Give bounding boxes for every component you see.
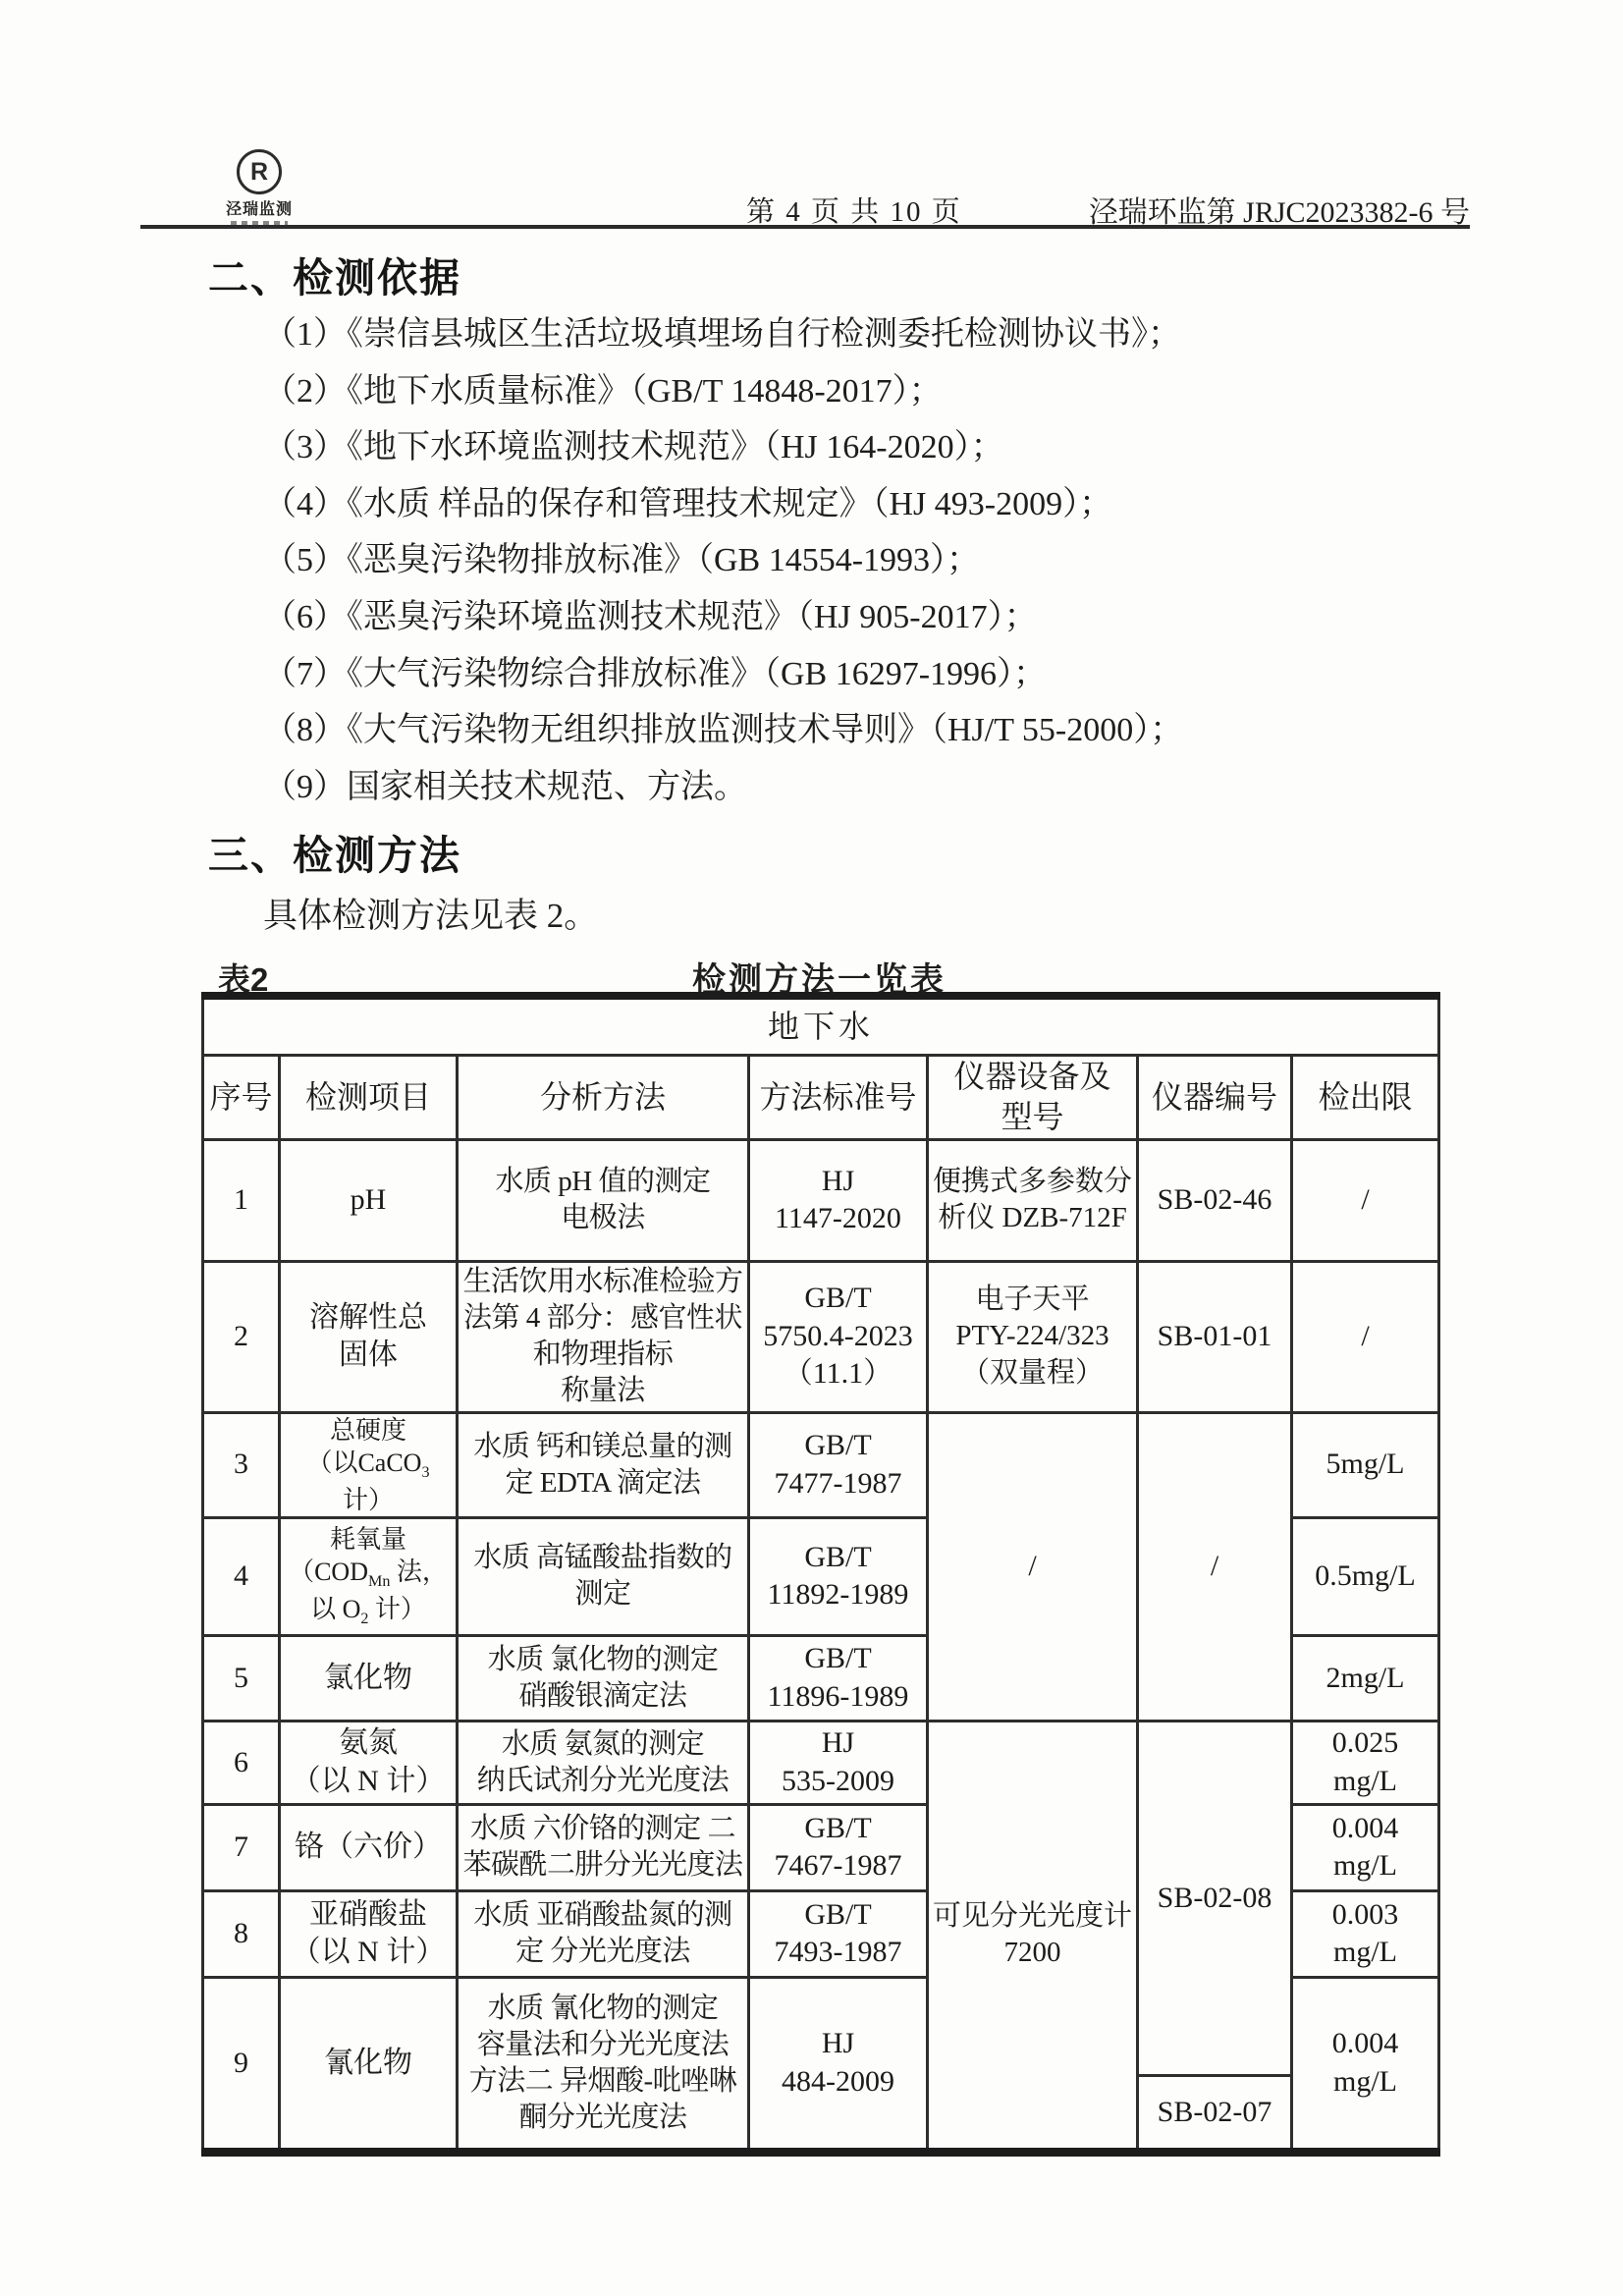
cell-method: 水质 亚硝酸盐氮的测 定 分光光度法 <box>458 1890 749 1977</box>
reference-list: （1）《崇信县城区生活垃圾填埋场自行检测委托检测协议书》； （2）《地下水质量标… <box>263 306 1183 815</box>
page-number: 第 4 页 共 10 页 <box>746 190 962 230</box>
cell-item: 铬（六价） <box>280 1804 458 1890</box>
column-header-standard: 方法标准号 <box>749 1055 928 1139</box>
reference-item: （8）《大气污染物无组织排放监测技术导则》（HJ/T 55-2000）； <box>263 702 1183 759</box>
cell-seq: 4 <box>203 1517 280 1635</box>
reference-item: （5）《恶臭污染物排放标准》（GB 14554-1993）； <box>263 532 1183 589</box>
reference-item: （2）《地下水质量标准》（GB/T 14848-2017）； <box>263 363 1183 420</box>
cell-seq: 1 <box>203 1139 280 1261</box>
cell-instrument-no-merged: / <box>1138 1412 1292 1721</box>
cell-seq: 9 <box>203 1977 280 2152</box>
cell-limit: 0.004 mg/L <box>1292 1977 1439 2152</box>
cell-limit: 0.025 mg/L <box>1292 1721 1439 1804</box>
cell-instrument-no: SB-02-07 <box>1138 2075 1292 2152</box>
column-header-seq: 序号 <box>203 1055 280 1139</box>
reference-item: （6）《恶臭污染环境监测技术规范》（HJ 905-2017）； <box>263 589 1183 646</box>
cell-item: 亚硝酸盐 （以 N 计） <box>280 1890 458 1977</box>
cell-item: 氨氮 （以 N 计） <box>280 1721 458 1804</box>
cell-instrument-no: SB-02-46 <box>1138 1139 1292 1261</box>
cell-instrument-merged: 可见分光光度计 7200 <box>928 1721 1138 2152</box>
cell-method: 生活饮用水标准检验方 法第 4 部分：感官性状 和物理指标 称量法 <box>458 1261 749 1412</box>
cell-seq: 5 <box>203 1635 280 1721</box>
column-header-item: 检测项目 <box>280 1055 458 1139</box>
cell-seq: 7 <box>203 1804 280 1890</box>
cell-item: 溶解性总 固体 <box>280 1261 458 1412</box>
cell-standard: GB/T 7477-1987 <box>749 1412 928 1517</box>
reference-item: （3）《地下水环境监测技术规范》（HJ 164-2020）； <box>263 419 1183 476</box>
cell-method: 水质 高锰酸盐指数的 测定 <box>458 1517 749 1635</box>
cell-item: 氯化物 <box>280 1635 458 1721</box>
cell-limit: / <box>1292 1139 1439 1261</box>
cell-limit: 2mg/L <box>1292 1635 1439 1721</box>
cell-instrument: 电子天平 PTY-224/323 （双量程） <box>928 1261 1138 1412</box>
cell-standard: HJ 484-2009 <box>749 1977 928 2152</box>
logo-name: 泾瑞监测 <box>220 196 298 219</box>
column-header-limit: 检出限 <box>1292 1055 1439 1139</box>
cell-item: 耗氧量（CODMn 法，以 O2 计） <box>280 1517 458 1635</box>
table-row: 1 pH 水质 pH 值的测定 电极法 HJ 1147-2020 便携式多参数分… <box>203 1139 1439 1261</box>
cell-instrument: 便携式多参数分 析仪 DZB-712F <box>928 1139 1138 1261</box>
cell-seq: 3 <box>203 1412 280 1517</box>
cell-item: 氰化物 <box>280 1977 458 2152</box>
document-page: R 泾瑞监测 第 4 页 共 10 页 泾瑞环监第 JRJC2023382-6 … <box>0 0 1623 2296</box>
cell-method: 水质 pH 值的测定 电极法 <box>458 1139 749 1261</box>
cell-limit: 0.003 mg/L <box>1292 1890 1439 1977</box>
cell-seq: 2 <box>203 1261 280 1412</box>
group-header-cell: 地下水 <box>203 996 1439 1055</box>
cell-item: pH <box>280 1139 458 1261</box>
cell-method: 水质 氯化物的测定 硝酸银滴定法 <box>458 1635 749 1721</box>
cell-limit: 0.004 mg/L <box>1292 1804 1439 1890</box>
cell-standard: GB/T 11896-1989 <box>749 1635 928 1721</box>
cell-method: 水质 六价铬的测定 二 苯碳酰二肼分光光度法 <box>458 1804 749 1890</box>
cell-instrument-merged: / <box>928 1412 1138 1721</box>
cell-instrument-no-merged: SB-02-08 <box>1138 1721 1292 2075</box>
cell-standard: GB/T 7467-1987 <box>749 1804 928 1890</box>
cell-standard: HJ 1147-2020 <box>749 1139 928 1261</box>
cell-instrument-no: SB-01-01 <box>1138 1261 1292 1412</box>
column-header-instrument: 仪器设备及 型号 <box>928 1055 1138 1139</box>
cell-standard: GB/T 11892-1989 <box>749 1517 928 1635</box>
cell-standard: HJ 535-2009 <box>749 1721 928 1804</box>
logo-monogram: R <box>250 160 268 185</box>
reference-item: （1）《崇信县城区生活垃圾填埋场自行检测委托检测协议书》； <box>263 306 1183 363</box>
cell-method: 水质 氰化物的测定 容量法和分光光度法 方法二 异烟酸-吡唑啉 酮分光光度法 <box>458 1977 749 2152</box>
cell-seq: 6 <box>203 1721 280 1804</box>
cell-method: 水质 氨氮的测定 纳氏试剂分光光度法 <box>458 1721 749 1804</box>
table-row: 6 氨氮 （以 N 计） 水质 氨氮的测定 纳氏试剂分光光度法 HJ 535-2… <box>203 1721 1439 1804</box>
column-header-instrument-no: 仪器编号 <box>1138 1055 1292 1139</box>
header-rule <box>140 225 1470 229</box>
cell-limit: 0.5mg/L <box>1292 1517 1439 1635</box>
section-title-method: 三、检测方法 <box>208 823 461 881</box>
section-title-basis: 二、检测依据 <box>208 246 461 303</box>
column-header-method: 分析方法 <box>458 1055 749 1139</box>
cell-standard: GB/T 7493-1987 <box>749 1890 928 1977</box>
reference-item: （7）《大气污染物综合排放标准》（GB 16297-1996）； <box>263 646 1183 703</box>
reference-item: （4）《水质 样品的保存和管理技术规定》（HJ 493-2009）； <box>263 476 1183 533</box>
reference-item: （9）国家相关技术规范、方法。 <box>263 759 1183 816</box>
cell-item: 总硬度（以CaCO3计） <box>280 1412 458 1517</box>
table-row: 2 溶解性总 固体 生活饮用水标准检验方 法第 4 部分：感官性状 和物理指标 … <box>203 1261 1439 1412</box>
cell-seq: 8 <box>203 1890 280 1977</box>
cell-limit: / <box>1292 1261 1439 1412</box>
method-table: 地下水 序号 检测项目 分析方法 方法标准号 仪器设备及 型号 仪器编号 检出限… <box>201 992 1440 2157</box>
cell-limit: 5mg/L <box>1292 1412 1439 1517</box>
company-logo: R 泾瑞监测 <box>220 149 298 227</box>
cell-standard: GB/T 5750.4-2023 （11.1） <box>749 1261 928 1412</box>
cell-method: 水质 钙和镁总量的测 定 EDTA 滴定法 <box>458 1412 749 1517</box>
logo-monogram-icon: R <box>237 149 282 194</box>
table-row: 3 总硬度（以CaCO3计） 水质 钙和镁总量的测 定 EDTA 滴定法 GB/… <box>203 1412 1439 1517</box>
table-intro: 具体检测方法见表 2。 <box>263 889 598 938</box>
